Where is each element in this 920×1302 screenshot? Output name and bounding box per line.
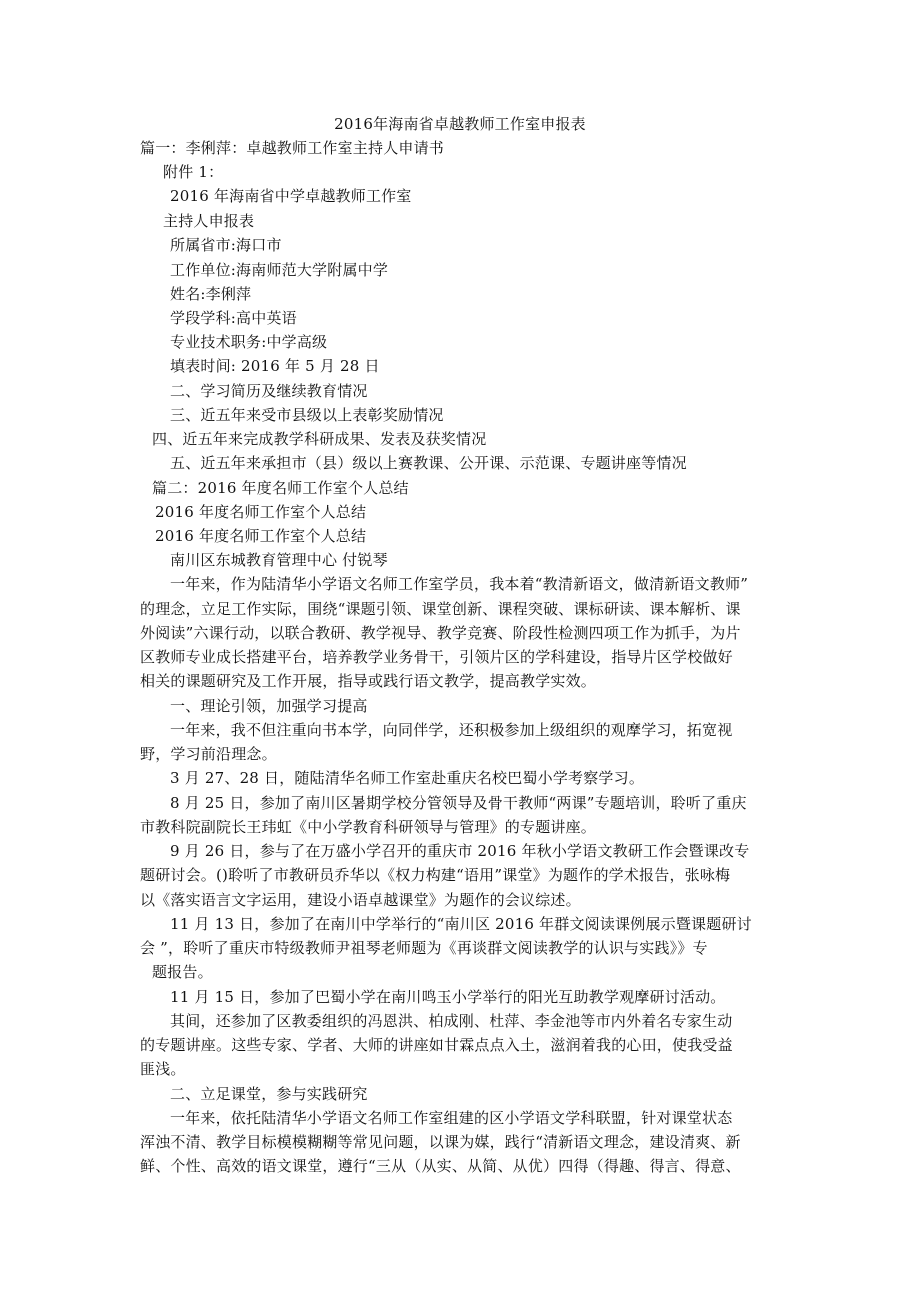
text-line: 野，学习前沿理念。 — [140, 742, 277, 766]
text-line: 一年来，依托陆清华小学语文名师工作室组建的区小学语文学科联盟，针对课堂状态 — [170, 1106, 732, 1130]
text-line: 2016 年度名师工作室个人总结 — [155, 524, 366, 548]
text-line: 篇二：2016 年度名师工作室个人总结 — [152, 476, 409, 500]
text-line: 市教科院副院长王玮虹《中小学教育科研领导与管理》的专题讲座。 — [140, 815, 596, 839]
text-line: 篇一：李俐萍：卓越教师工作室主持人申请书 — [140, 136, 444, 160]
text-line: 工作单位:海南师范大学附属中学 — [170, 258, 388, 282]
text-line: 以《落实语言文字运用，建设小语卓越课堂》为题作的会议综述。 — [140, 888, 581, 912]
text-line: 主持人申报表 — [163, 209, 254, 233]
text-line: 鲜、个性、高效的语文课堂，遵行“三从（从实、从简、从优）四得（得趣、得言、得意、 — [140, 1154, 741, 1178]
text-line: 题报告。 — [152, 960, 213, 984]
text-line: 所属省市:海口市 — [170, 233, 282, 257]
text-line: 相关的课题研究及工作开展，指导或践行语文教学，提高教学实效。 — [140, 669, 596, 693]
text-line: 外阅读”六课行动，以联合教研、教学视导、教学竞赛、阶段性检测四项工作为抓手，为片 — [140, 621, 741, 645]
text-line: 匪浅。 — [140, 1057, 186, 1081]
text-line: 专业技术职务:中学高级 — [170, 330, 327, 354]
text-line: 三、近五年来受市县级以上表彰奖励情况 — [170, 403, 444, 427]
text-line: 的专题讲座。这些专家、学者、大师的讲座如甘霖点点入土，滋润着我的心田，使我受益 — [140, 1033, 733, 1057]
text-line: 南川区东城教育管理中心 付锐琴 — [170, 548, 388, 572]
text-line: 2016 年海南省中学卓越教师工作室 — [170, 184, 412, 208]
text-line: 3 月 27、28 日，随陆清华名师工作室赴重庆名校巴蜀小学考察学习。 — [170, 766, 644, 790]
text-line: 其间，还参加了区教委组织的冯恩洪、柏成刚、杜萍、李金池等市内外着名专家生动 — [170, 1009, 732, 1033]
text-line: 9 月 26 日，参与了在万盛小学召开的重庆市 2016 年秋小学语文教研工作会… — [170, 839, 749, 863]
text-line: 附件 1： — [163, 160, 223, 184]
text-line: 区教师专业成长搭建平台，培养教学业务骨干，引领片区的学科建设，指导片区学校做好 — [140, 645, 733, 669]
text-line: 11 月 13 日，参加了在南川中学举行的“南川区 2016 年群文阅读课例展示… — [170, 912, 752, 936]
text-line: 姓名:李俐萍 — [170, 282, 251, 306]
text-line: 2016 年度名师工作室个人总结 — [155, 500, 366, 524]
text-line: 会 ”，聆听了重庆市特级教师尹祖琴老师题为《再谈群文阅读教学的认识与实践》》专 — [140, 936, 708, 960]
text-line: 二、立足课堂，参与实践研究 — [170, 1082, 368, 1106]
text-line: 二、学习简历及继续教育情况 — [170, 379, 368, 403]
text-line: 浑浊不清、教学目标模模糊糊等常见问题，以课为媒，践行“清新语文理念，建设清爽、新 — [140, 1130, 741, 1154]
text-line: 填表时间: 2016 年 5 月 28 日 — [170, 354, 380, 378]
text-line: 一年来，作为陆清华小学语文名师工作室学员，我本着“教清新语文，做清新语文教师” — [170, 572, 748, 596]
document-title: 2016年海南省卓越教师工作室申报表 — [0, 112, 920, 136]
text-line: 学段学科:高中英语 — [170, 306, 297, 330]
text-line: 五、近五年来承担市（县）级以上赛教课、公开课、示范课、专题讲座等情况 — [170, 451, 687, 475]
text-line: 一年来，我不但注重向书本学，向同伴学，还积极参加上级组织的观摩学习，拓宽视 — [170, 718, 732, 742]
text-line: 四、近五年来完成教学科研成果、发表及获奖情况 — [152, 427, 486, 451]
text-line: 8 月 25 日，参加了南川区暑期学校分管领导及骨干教师“两课”专题培训，聆听了… — [170, 791, 747, 815]
document-page: 2016年海南省卓越教师工作室申报表 篇一：李俐萍：卓越教师工作室主持人申请书附… — [0, 0, 920, 1302]
text-line: 题研讨会。()聆听了市教研员乔华以《权力构建“语用”课堂》为题作的学术报告，张咏… — [140, 863, 730, 887]
text-line: 一、理论引领，加强学习提高 — [170, 694, 368, 718]
text-line: 的理念，立足工作实际，围绕“课题引领、课堂创新、课程突破、课标研读、课本解析、课 — [140, 597, 741, 621]
text-line: 11 月 15 日，参加了巴蜀小学在南川鸣玉小学举行的阳光互助教学观摩研讨活动。 — [170, 985, 725, 1009]
